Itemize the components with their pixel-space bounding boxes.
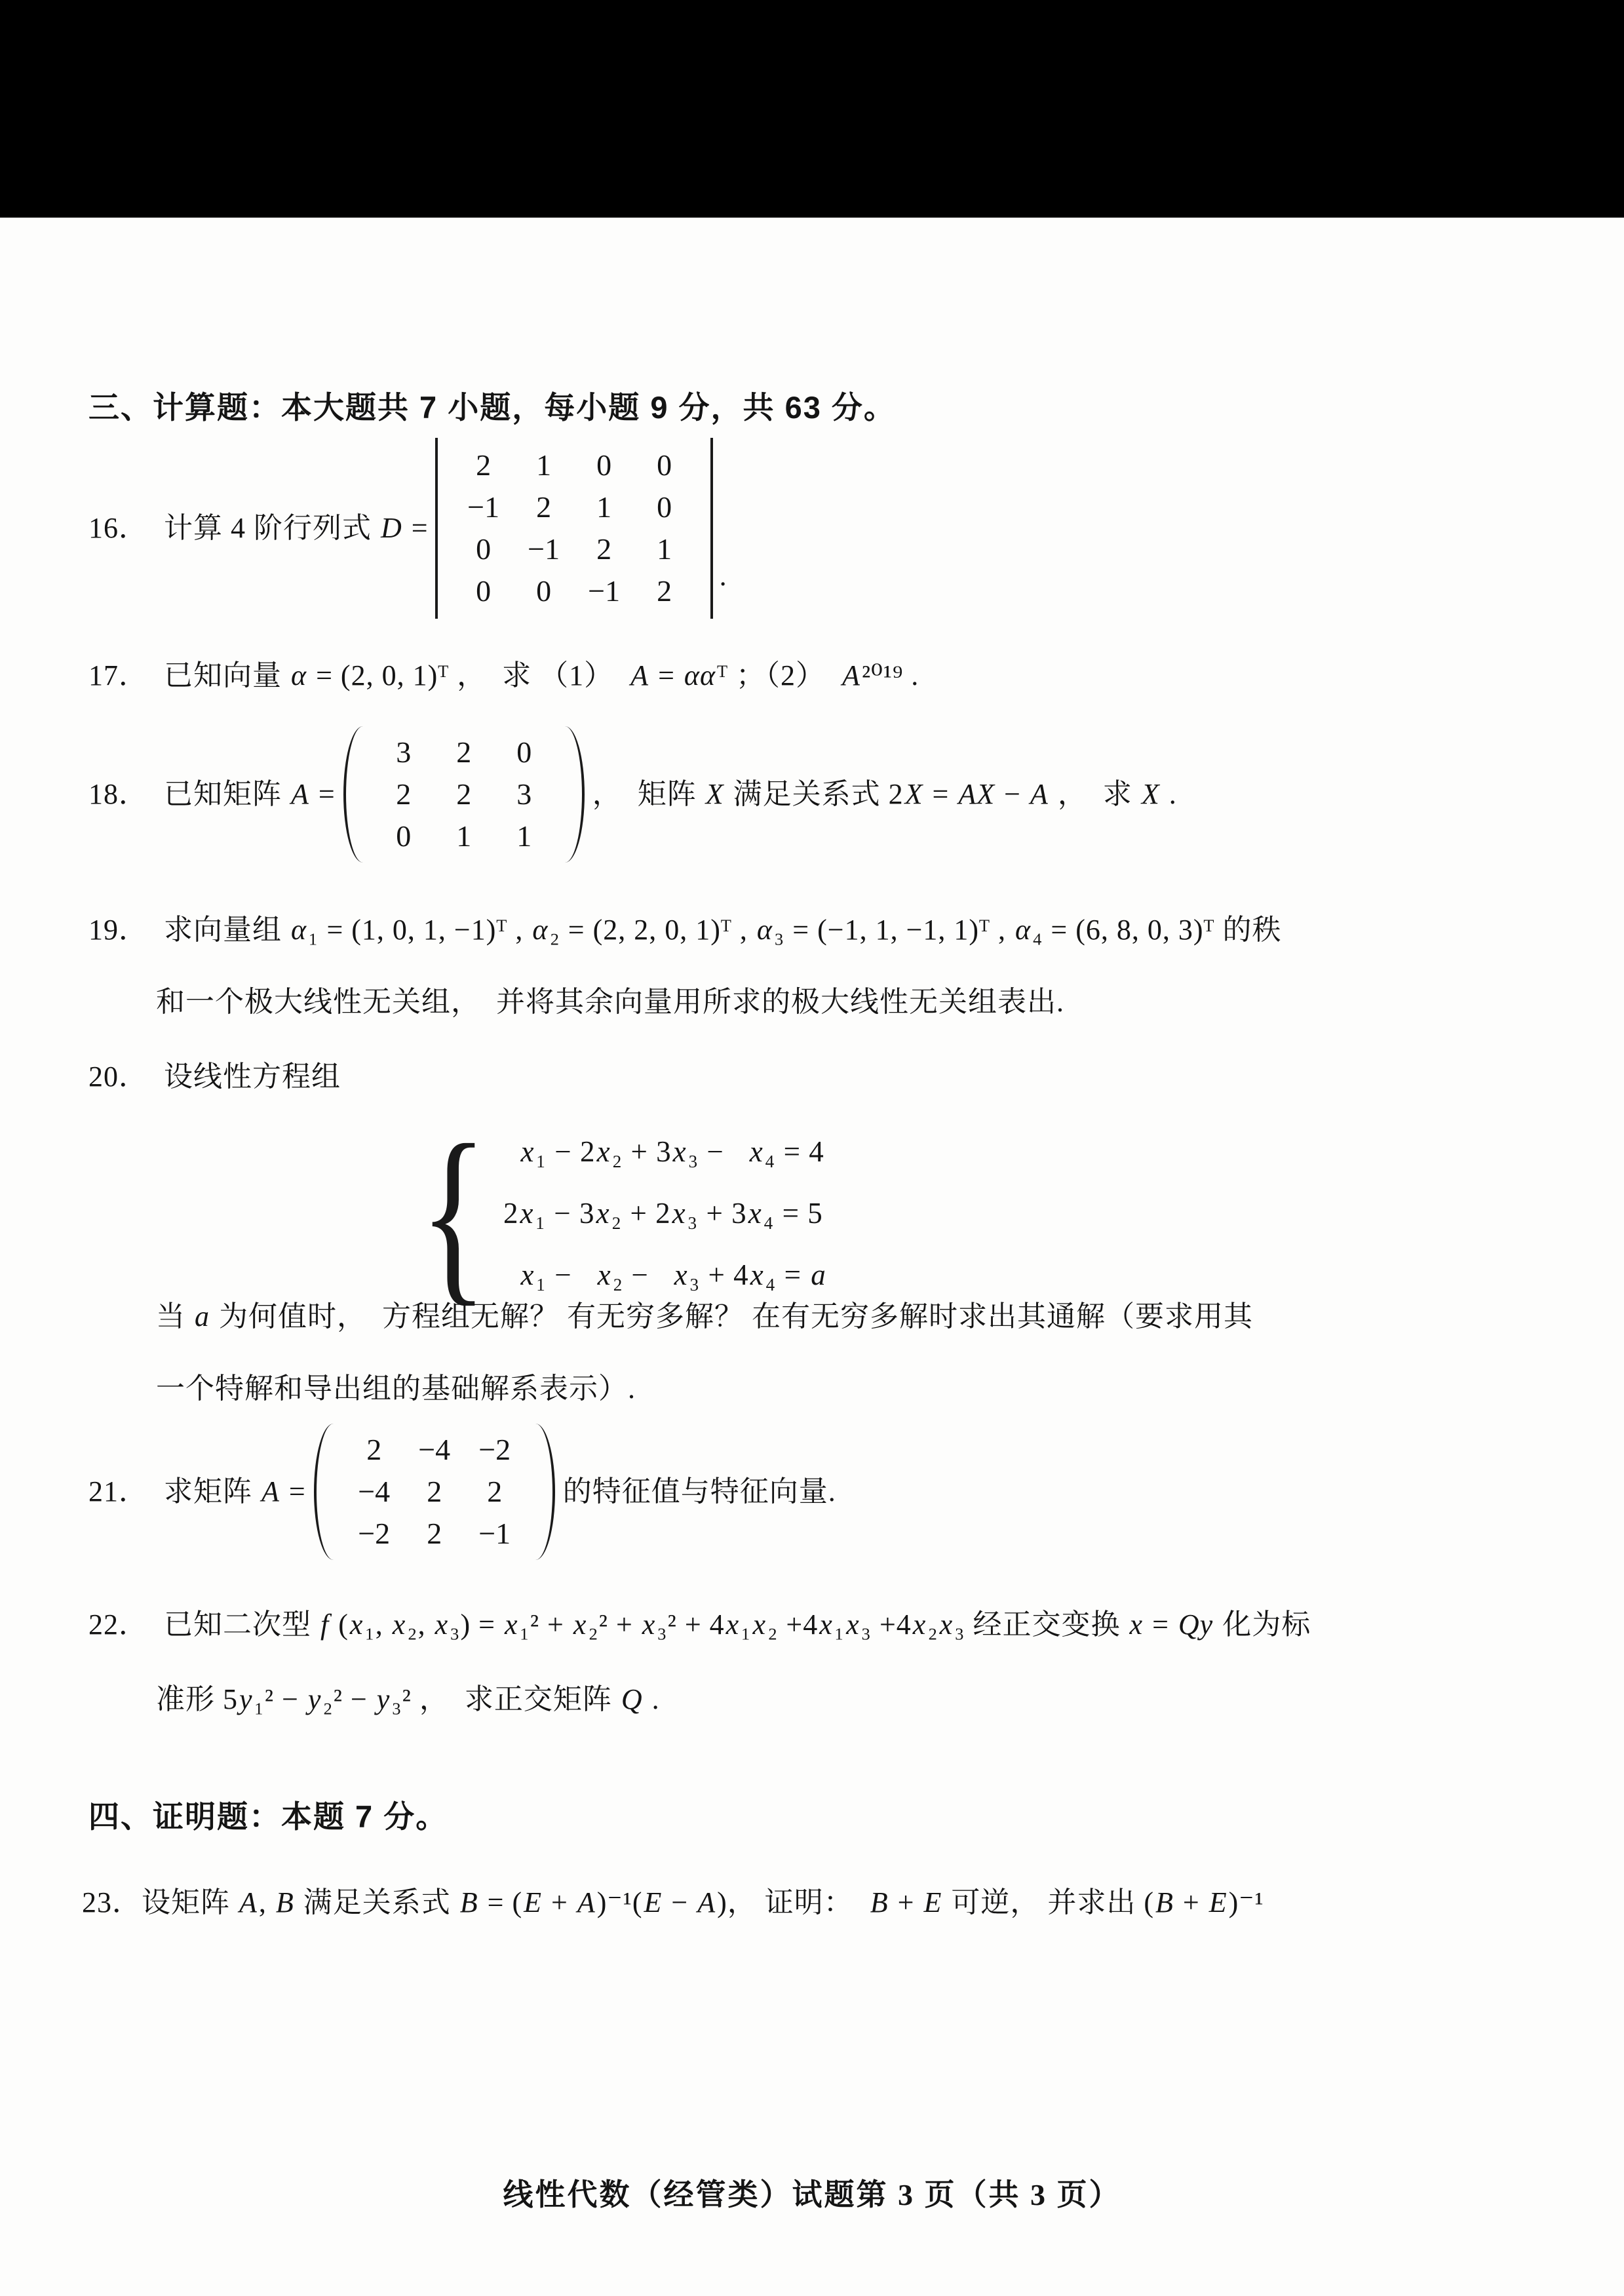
matrix-cell: 0 bbox=[374, 815, 434, 857]
matrix-cell: 1 bbox=[574, 486, 634, 528]
matrix-cell: 0 bbox=[454, 528, 514, 570]
problem-16-tail: . bbox=[720, 556, 727, 596]
matrix-cell: 0 bbox=[454, 570, 514, 612]
paren-left-icon bbox=[314, 1424, 334, 1560]
problem-21-post: 的特征值与特征向量. bbox=[563, 1471, 836, 1512]
matrix-cell: −1 bbox=[454, 486, 514, 528]
matrix-row: 223 bbox=[374, 773, 554, 815]
exam-page: 三、计算题：本大题共 7 小题，每小题 9 分，共 63 分。 16． 计算 4… bbox=[0, 0, 1624, 2296]
matrix-row: 320 bbox=[374, 731, 554, 773]
matrix-cell: 2 bbox=[344, 1429, 404, 1471]
matrix-cell: −1 bbox=[574, 570, 634, 612]
problem-21-text: 21． 求矩阵 A = bbox=[88, 1471, 306, 1512]
matrix-row: 2−4−2 bbox=[344, 1429, 525, 1471]
matrix-row: 00−12 bbox=[454, 570, 695, 612]
matrix-cell: −4 bbox=[404, 1429, 465, 1471]
matrix-row: 011 bbox=[374, 815, 554, 857]
section-three-heading: 三、计算题：本大题共 7 小题，每小题 9 分，共 63 分。 bbox=[88, 383, 896, 427]
matrix-cell: −2 bbox=[344, 1513, 404, 1555]
matrix-cell: 0 bbox=[634, 486, 695, 528]
paren-right-icon bbox=[565, 726, 585, 863]
matrix-cell: −1 bbox=[465, 1513, 525, 1555]
problem-20-note1: 当 a 为何值时， 方程组无解？ 有无穷多解？ 在有无穷多解时求出其通解（要求用… bbox=[156, 1296, 1253, 1337]
matrix-cell: 3 bbox=[374, 731, 434, 773]
matrix-cell: 2 bbox=[465, 1471, 525, 1513]
matrix-cell: 1 bbox=[514, 444, 574, 486]
matrix-18: 320223011 bbox=[343, 726, 585, 863]
matrix-21: 2−4−2−422−22−1 bbox=[314, 1424, 555, 1560]
matrix-cell: −1 bbox=[514, 528, 574, 570]
matrix-row: −1210 bbox=[454, 486, 695, 528]
matrix-cell: 0 bbox=[514, 570, 574, 612]
matrix-cell: 2 bbox=[434, 731, 494, 773]
problem-20-note2: 一个特解和导出组的基础解系表示）. bbox=[156, 1369, 636, 1409]
problem-19-line1: 19． 求向量组 α₁ = (1, 0, 1, −1)ᵀ , α₂ = (2, … bbox=[88, 910, 1282, 950]
equation-system: { x₁ − 2x₂ + 3x₃ − x₄ = 4 2x₁ − 3x₂ + 2x… bbox=[406, 1118, 828, 1308]
page-footer: 线性代数（经管类）试题第 3 页（共 3 页） bbox=[0, 2171, 1624, 2214]
problem-22-line2: 准形 5y₁² − y₂² − y₃² ， 求正交矩阵 Q . bbox=[156, 1679, 660, 1720]
problem-16: 16． 计算 4 阶行列式 D = 2100−12100−12100−12 . bbox=[88, 438, 727, 619]
determinant-matrix-16: 2100−12100−12100−12 bbox=[435, 438, 713, 619]
problem-16-text: 16． 计算 4 阶行列式 D = bbox=[88, 508, 429, 549]
problem-18: 18． 已知矩阵 A = 320223011 ， 矩阵 X 满足关系式 2X =… bbox=[88, 726, 1177, 863]
matrix-cell: 0 bbox=[494, 731, 554, 773]
section-four-heading: 四、证明题：本题 7 分。 bbox=[88, 1793, 448, 1837]
matrix-row: 0−121 bbox=[454, 528, 695, 570]
matrix-cell: 2 bbox=[434, 773, 494, 815]
paren-left-icon bbox=[343, 726, 363, 863]
matrix-cell: 2 bbox=[374, 773, 434, 815]
matrix-row: −22−1 bbox=[344, 1513, 525, 1555]
problem-23: 23．设矩阵 A, B 满足关系式 B = (E + A)⁻¹(E − A)， … bbox=[82, 1882, 1264, 1923]
matrix-cell: 2 bbox=[454, 444, 514, 486]
matrix-cell: 1 bbox=[434, 815, 494, 857]
matrix-cell: 0 bbox=[634, 444, 695, 486]
matrix-cell: −2 bbox=[465, 1429, 525, 1471]
problem-20-intro: 20． 设线性方程组 bbox=[88, 1057, 341, 1097]
matrix-cell: 1 bbox=[494, 815, 554, 857]
problem-17: 17． 已知向量 α = (2, 0, 1)ᵀ ， 求 （1） A = ααᵀ … bbox=[88, 655, 919, 696]
matrix-row: −422 bbox=[344, 1471, 525, 1513]
equation-2: 2x₁ − 3x₂ + 2x₃ + 3x₄ = 5 bbox=[503, 1182, 828, 1244]
brace-icon: { bbox=[419, 1118, 488, 1308]
matrix-cell: 1 bbox=[634, 528, 695, 570]
paren-right-icon bbox=[535, 1424, 555, 1560]
scan-black-bar bbox=[0, 0, 1624, 218]
matrix-cell: 2 bbox=[574, 528, 634, 570]
matrix-cell: 2 bbox=[404, 1471, 465, 1513]
equation-lines: x₁ − 2x₂ + 3x₃ − x₄ = 4 2x₁ − 3x₂ + 2x₃ … bbox=[503, 1121, 828, 1306]
matrix-row: 2100 bbox=[454, 444, 695, 486]
problem-18-text: 18． 已知矩阵 A = bbox=[88, 774, 336, 815]
problem-18-post: ， 矩阵 X 满足关系式 2X = AX − A ， 求 X . bbox=[592, 774, 1177, 815]
matrix-cell: 0 bbox=[574, 444, 634, 486]
matrix-cell: 2 bbox=[404, 1513, 465, 1555]
problem-19-line2: 和一个极大线性无关组， 并将其余向量用所求的极大线性无关组表出. bbox=[156, 982, 1064, 1022]
matrix-cell: 2 bbox=[514, 486, 574, 528]
matrix-cell: 2 bbox=[634, 570, 695, 612]
problem-22-line1: 22． 已知二次型 f (x₁, x₂, x₃) = x₁² + x₂² + x… bbox=[88, 1605, 1311, 1645]
problem-21: 21． 求矩阵 A = 2−4−2−422−22−1 的特征值与特征向量. bbox=[88, 1424, 836, 1560]
equation-1: x₁ − 2x₂ + 3x₃ − x₄ = 4 bbox=[503, 1121, 828, 1182]
matrix-cell: 3 bbox=[494, 773, 554, 815]
matrix-cell: −4 bbox=[344, 1471, 404, 1513]
